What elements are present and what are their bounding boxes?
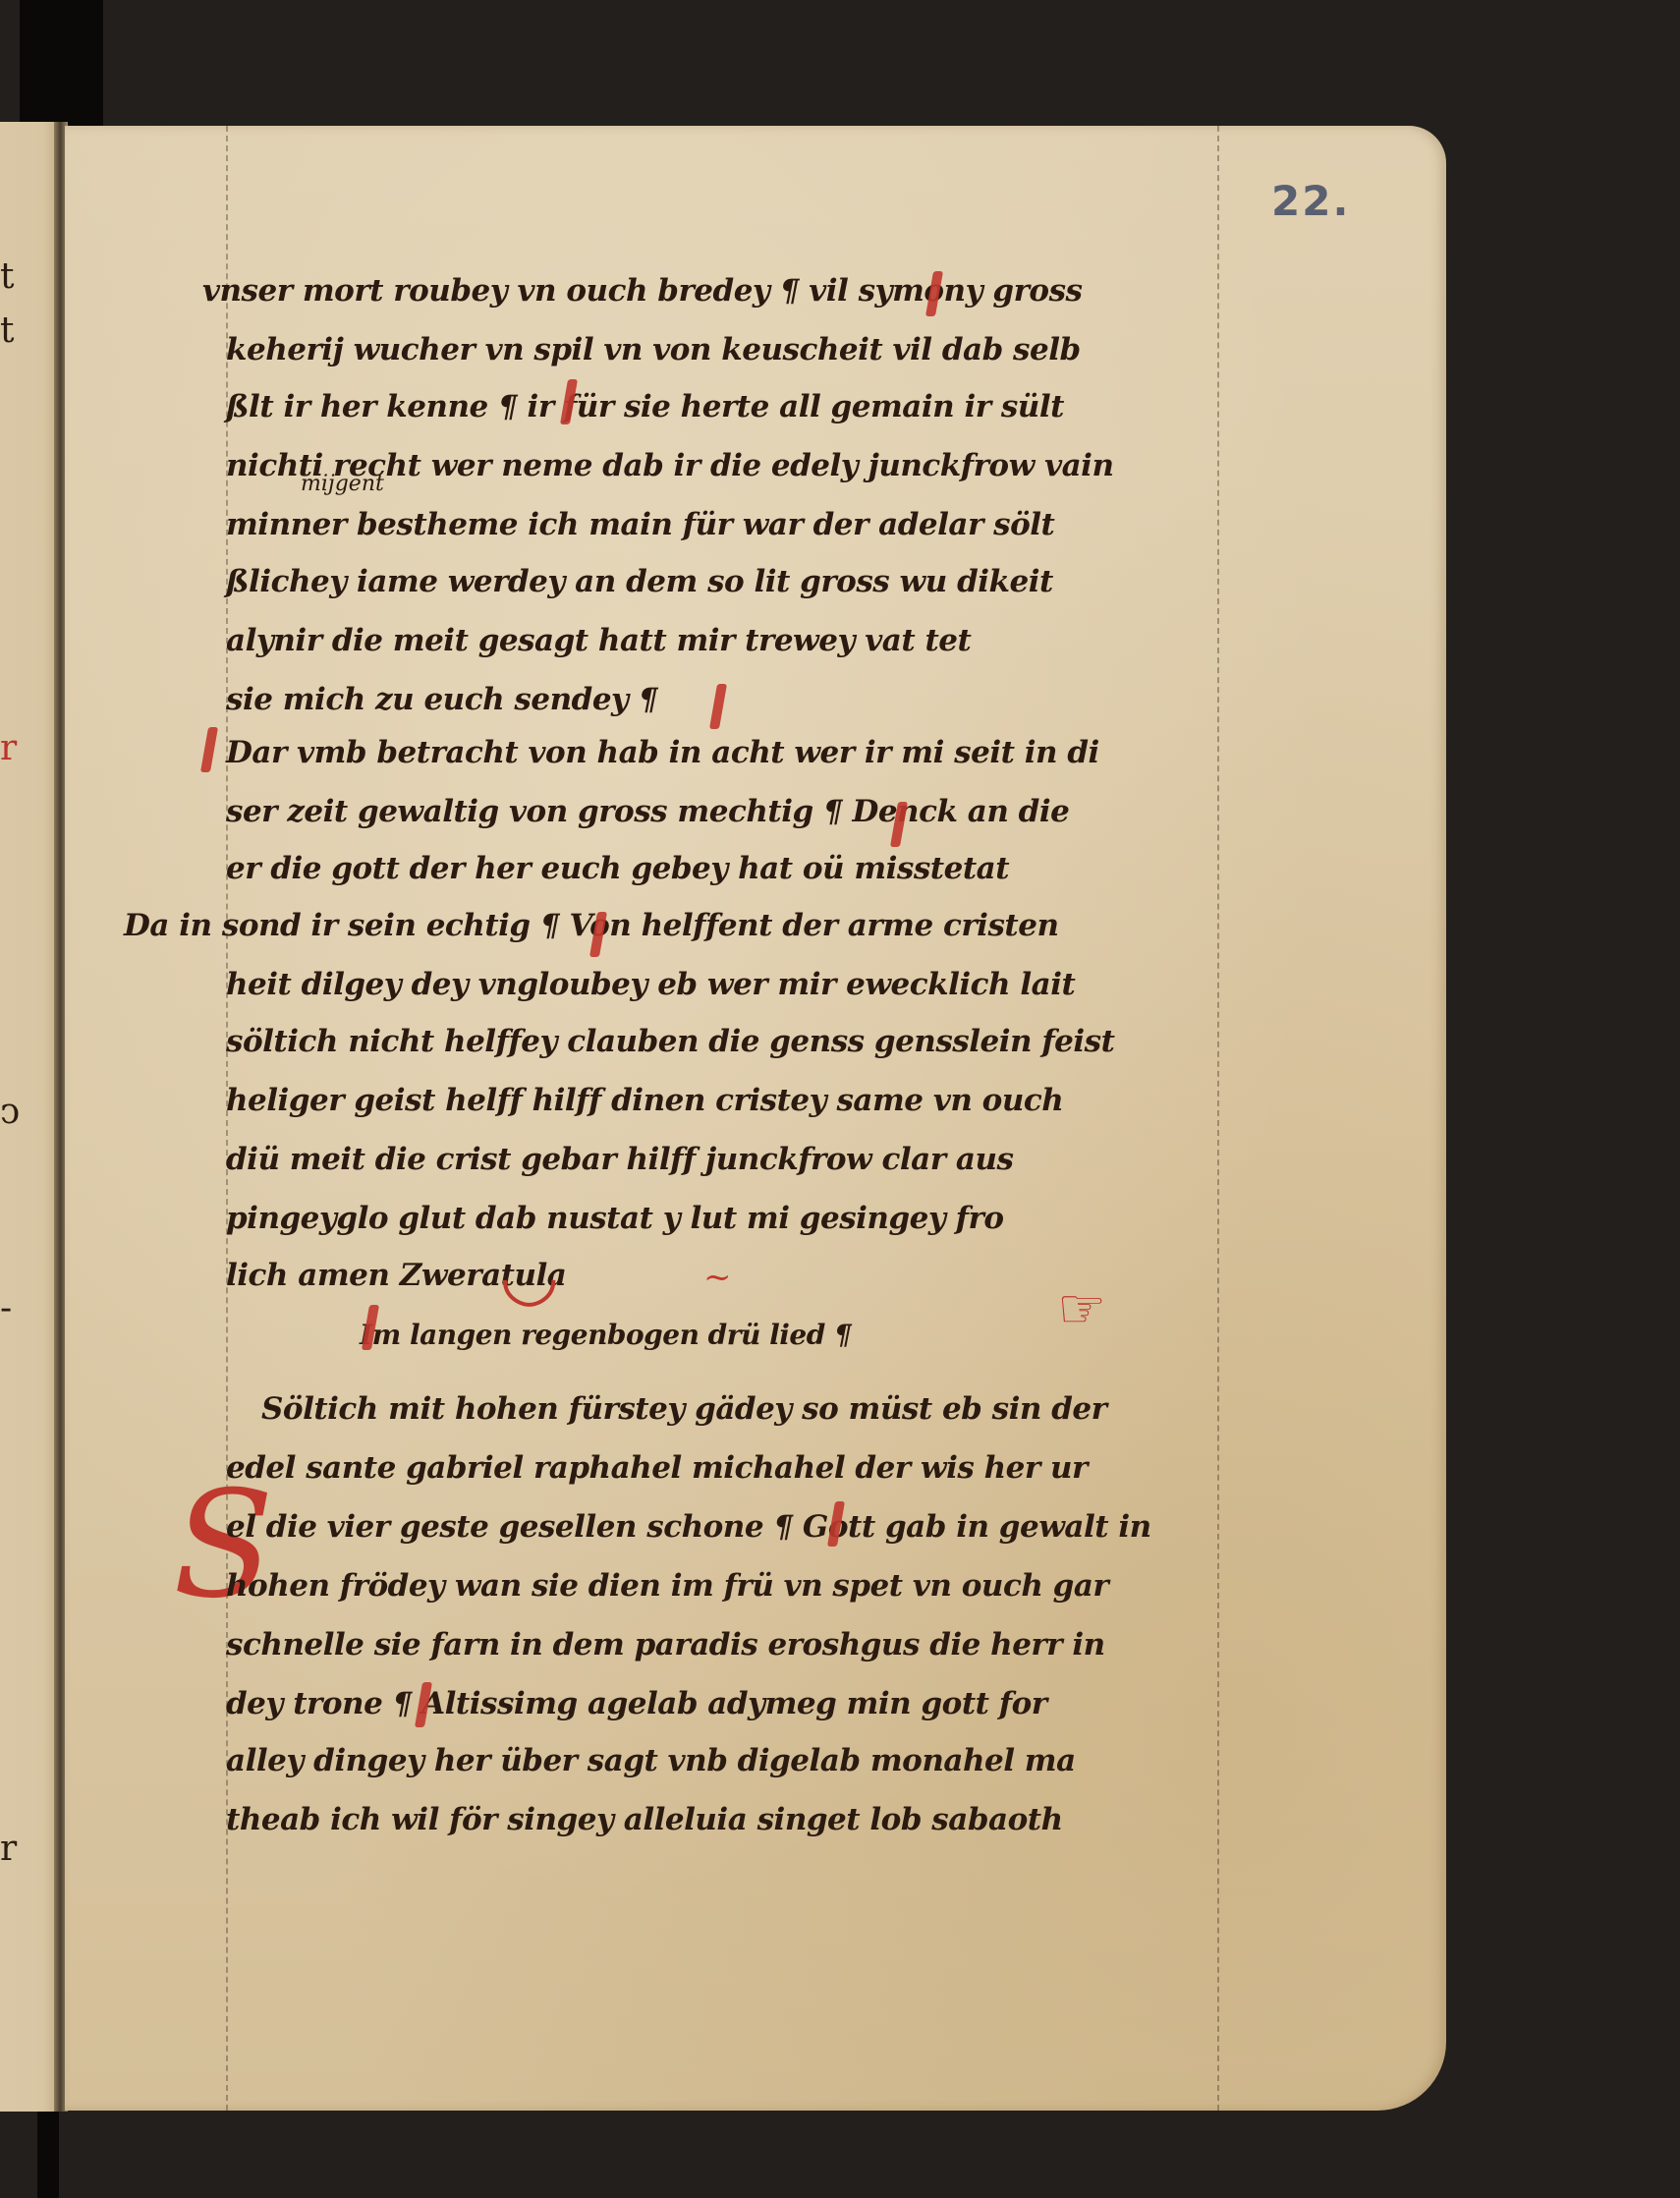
text-line: diü meit die crist gebar hilff junckfrow… [226,1142,1013,1177]
text-line: söltich nicht helffey clauben die genss … [226,1024,1114,1059]
interlinear-gloss: mijgent [301,472,384,496]
section-heading: Im langen regenbogen drü lied ¶ [360,1319,851,1351]
text-line: schnelle sie farn in dem paradis eroshgu… [226,1627,1105,1663]
text-line: theab ich wil för singey alleluia singet… [226,1802,1063,1837]
rubric-initial-z: ◡ [499,1234,559,1315]
text-line: Dar vmb betracht von hab in acht wer ir … [226,735,1099,770]
rubric-paragraph-mark [709,684,727,729]
text-line: alley dingey her über sagt vnb digelab m… [226,1743,1076,1778]
rubric-pointing-hand: ☞ [1057,1277,1106,1341]
text-line: vnser mort roubey vn ouch bredey ¶ vil s… [202,273,1082,309]
text-line: sie mich zu euch sendey ¶ [226,682,657,717]
text-line: ßlt ir her kenne ¶ ir für sie herte all … [226,389,1064,424]
facing-page-edge: t t r ↄ - r [0,122,61,2112]
text-line: minner bestheme ich main für war der ade… [226,507,1054,542]
text-line: Da in sond ir sein echtig ¶ Von helffent… [124,908,1058,943]
text-line: alynir die meit gesagt hatt mir trewey v… [226,623,971,658]
text-line: hohen frödey wan sie dien im frü vn spet… [226,1568,1108,1604]
text-line: heit dilgey dey vngloubey eb wer mir ewe… [226,967,1075,1002]
text-line: edel sante gabriel raphahel michahel der… [226,1450,1088,1486]
text-line: Söltich mit hohen fürstey gädey so müst … [261,1391,1106,1427]
rubric-end-flourish: ~ [703,1258,732,1297]
manuscript-page: 22. vnser mort roubey vn ouch bredey ¶ v… [65,126,1446,2111]
text-line: keherij wucher vn spil vn von keuscheit … [226,332,1081,367]
facing-page-fragment: r [0,731,17,766]
text-line: er die gott der her euch gebey hat oü mi… [226,851,1009,886]
text-line: dey trone ¶ Altissimg agelab adymeg min … [226,1686,1047,1721]
ruling-line-right [1217,126,1219,2111]
facing-page-fragment: t [0,259,14,295]
background-shadow-bottom [37,2103,59,2198]
text-line: el die vier geste gesellen schone ¶ Gott… [226,1509,1151,1545]
facing-page-fragment: ↄ [0,1095,20,1130]
background-shadow-top [20,0,103,126]
facing-page-fragment: r [0,1832,17,1867]
text-line: ser zeit gewaltig von gross mechtig ¶ De… [226,794,1069,829]
facing-page-fragment: - [0,1291,12,1326]
rubric-initial-mark [200,727,218,772]
text-line: pingeyglo glut dab nustat y lut mi gesin… [226,1201,1004,1236]
text-line: heliger geist helff hilff dinen cristey … [226,1083,1063,1118]
text-line: ßlichey iame werdey an dem so lit gross … [226,564,1053,599]
facing-page-fragment: t [0,313,14,349]
folio-number: 22. [1271,177,1350,225]
